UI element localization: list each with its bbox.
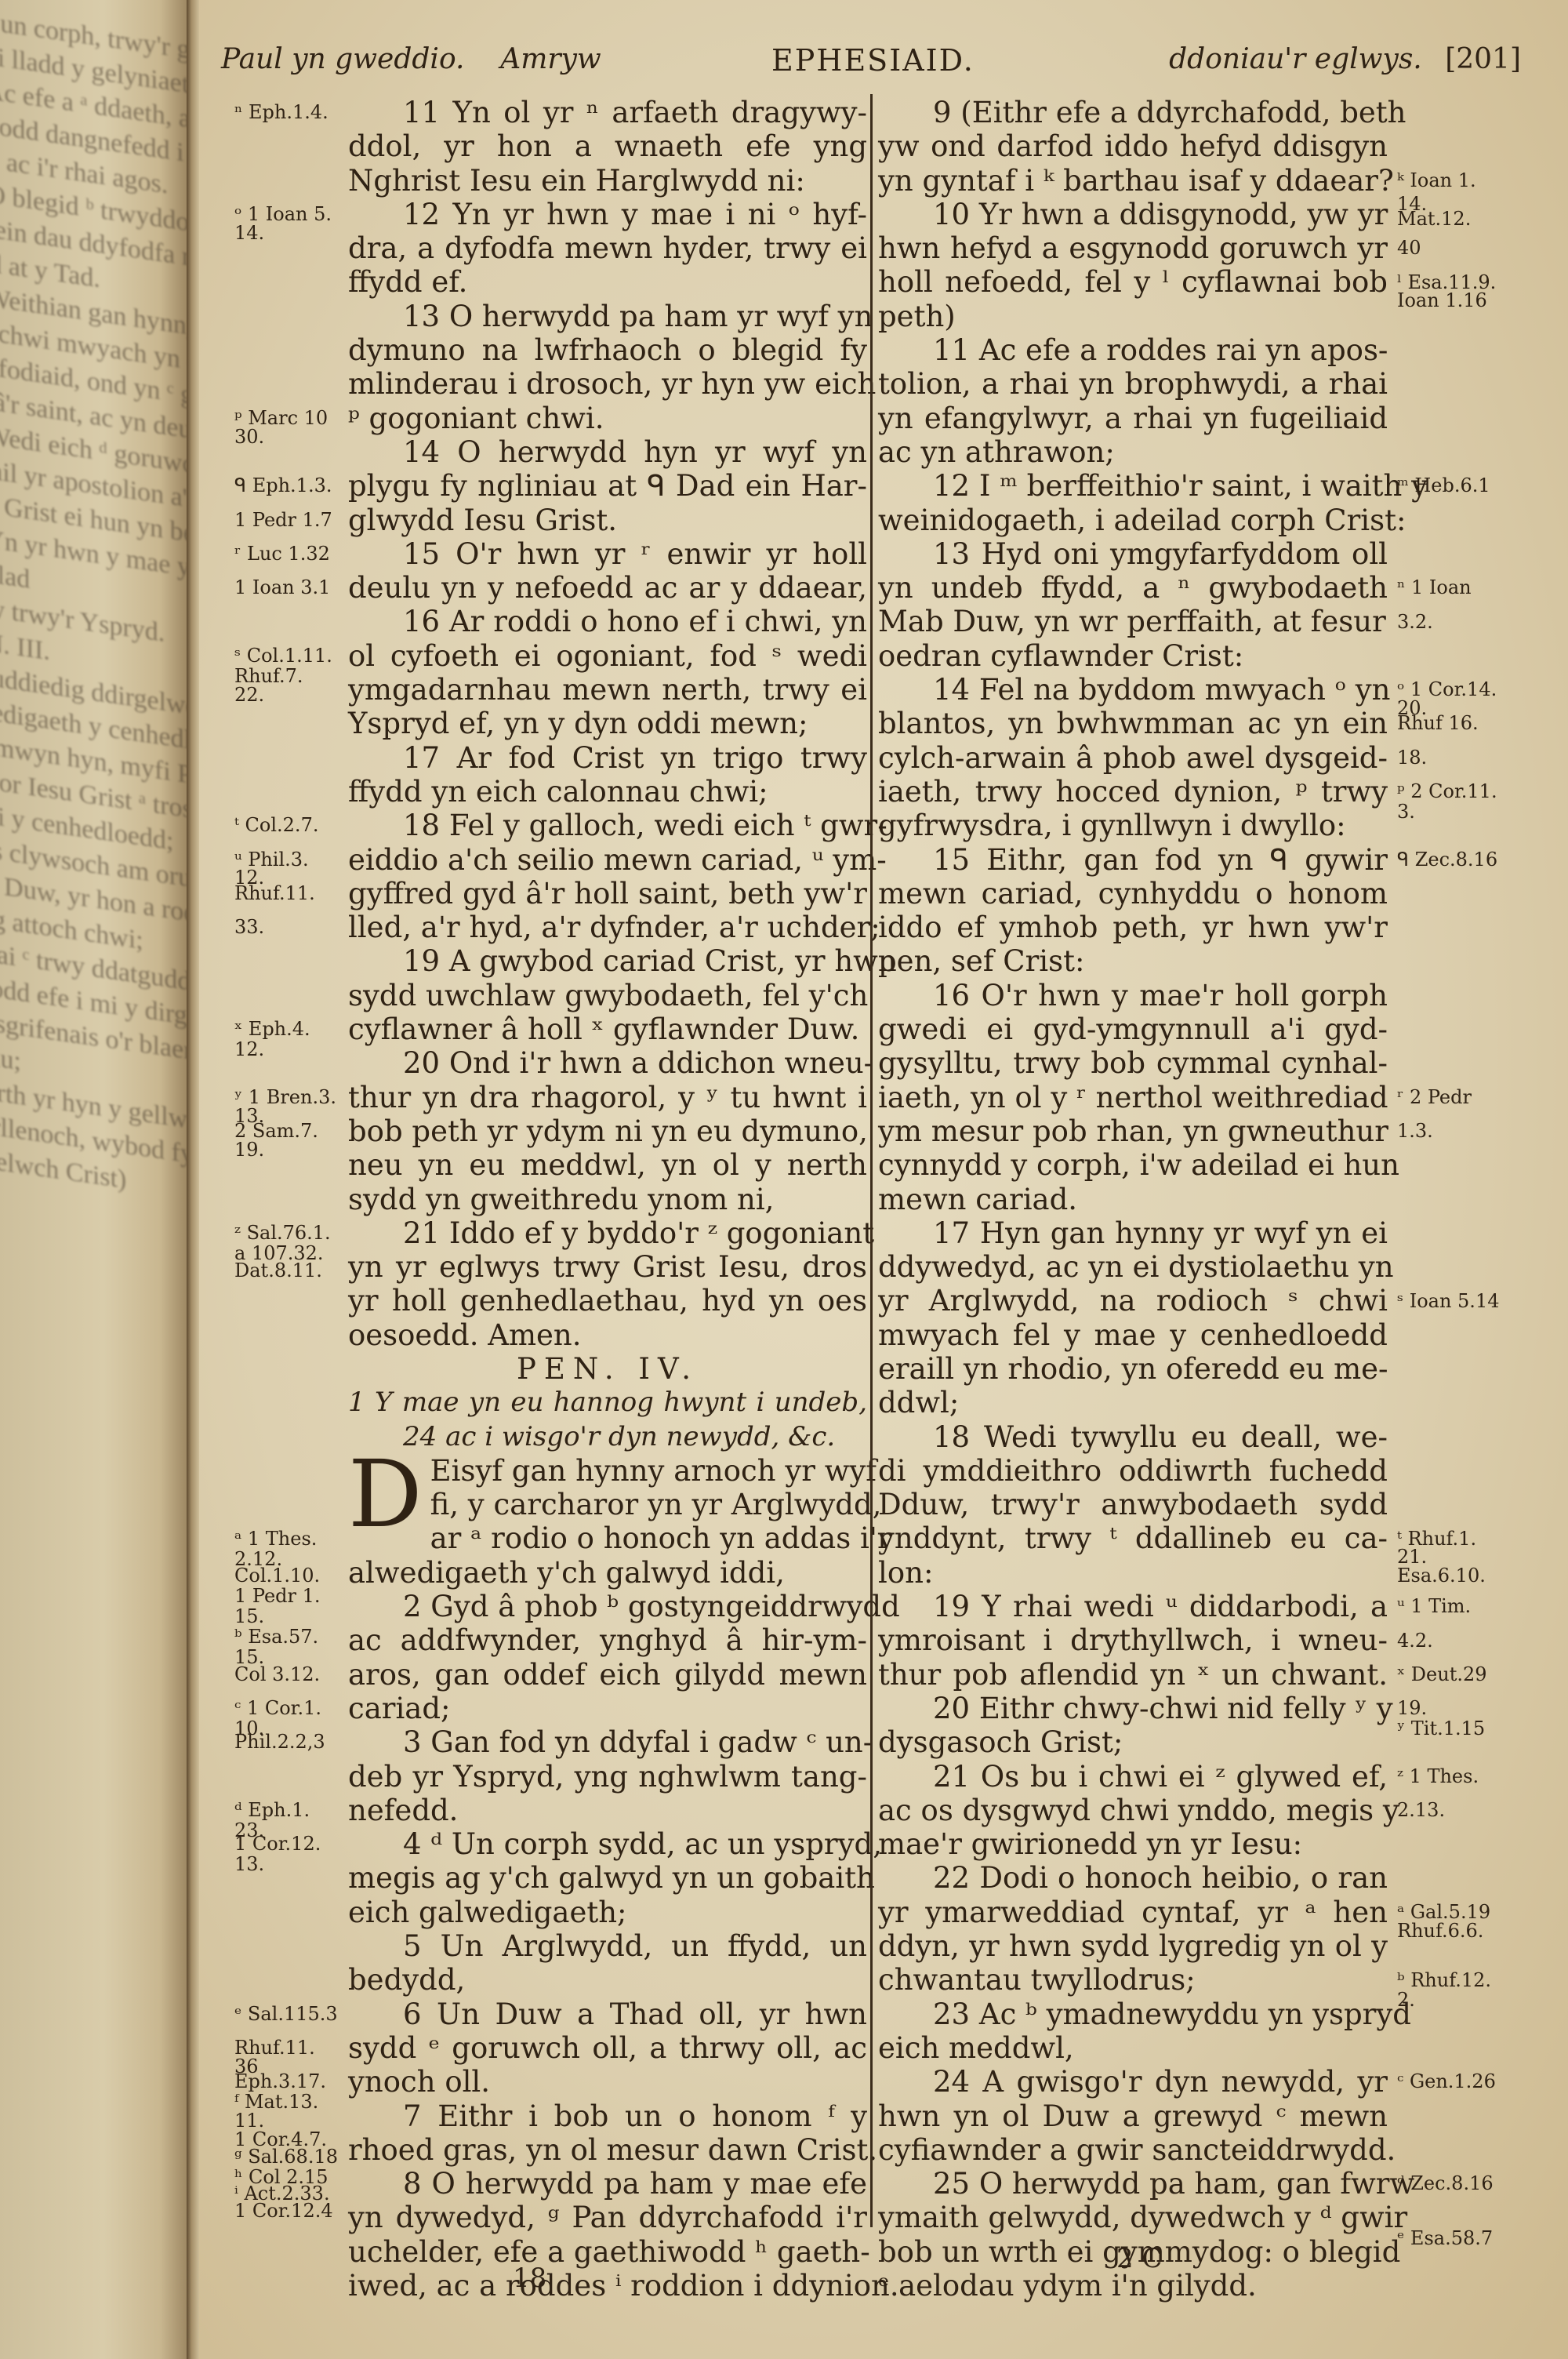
text-line: 11 Ac efe a roddes rai yn apos- <box>878 333 1388 367</box>
margin-reference: ᵃ Gal.5.19 <box>1397 1903 1490 1921</box>
text-line: 2 Gyd â phob ᵇ gostyngeiddrwydd <box>348 1590 867 1623</box>
margin-reference: ʸ 1 Bren.3. <box>234 1089 336 1106</box>
margin-reference: 1 Cor.12.4 <box>234 2202 333 2219</box>
book-title: EPHESIAID. <box>771 43 975 82</box>
margin-reference: ˡ Esa.11.9. <box>1397 274 1496 291</box>
text-line: yn undeb ffydd, a ⁿ gwybodaeth <box>878 571 1388 605</box>
text-line: peth) <box>878 300 1388 333</box>
text-line: 17 Ar fod Crist yn trigo trwy <box>348 741 867 775</box>
text-line: yr ymarweddiad cyntaf, yr ᵃ hen <box>878 1896 1388 1929</box>
margin-reference: 1 Ioan 3.1 <box>234 579 330 596</box>
margin-reference: Col.1.10. <box>234 1567 320 1584</box>
margin-reference: Col 3.12. <box>234 1666 320 1683</box>
running-title-left-2: Amryw <box>500 43 601 75</box>
margin-reference: ᵗ Col.2.7. <box>234 816 318 834</box>
text-line: Eisyf gan hynny arnoch yr wyf <box>348 1454 867 1488</box>
margin-reference: ᵒ 1 Cor.14. <box>1397 681 1497 698</box>
text-line: 1 Y mae yn eu hannog hwynt i undeb, <box>348 1386 867 1419</box>
text-line: ac yn athrawon; <box>878 435 1388 469</box>
text-line: 10 Yr hwn a ddisgynodd, yw yr <box>878 198 1388 231</box>
margin-reference: 19. <box>234 1141 264 1158</box>
text-line: 16 O'r hwn y mae'r holl gorph <box>878 979 1388 1012</box>
text-line: cynnydd y corph, i'w adeilad ei hun <box>878 1148 1388 1182</box>
margin-reference: ᑫ Eph.1.3. <box>234 477 332 494</box>
text-line: yn efangylwyr, a rhai yn fugeiliaid <box>878 402 1388 435</box>
margin-reference: 3. <box>1397 803 1415 820</box>
text-line: ymgadarnhau mewn nerth, trwy ei <box>348 673 867 707</box>
text-line: ac os dysgwyd chwi ynddo, megis y <box>878 1794 1388 1827</box>
text-line: megis ag y'ch galwyd yn un gobaith <box>348 1861 867 1895</box>
signature-mark-right: 2 C <box>1116 2243 1162 2274</box>
text-line: yr holl genhedlaethau, hyd yn oes <box>348 1284 867 1318</box>
text-line: iwed, ac a roddes ⁱ roddion i ddynion. <box>348 2269 867 2303</box>
text-line: ffydd yn eich calonnau chwi; <box>348 775 867 809</box>
margin-reference: ᑫ Zec.8.16 <box>1397 851 1497 868</box>
text-line: ffydd ef. <box>348 265 867 299</box>
margin-reference: 3.2. <box>1397 613 1433 631</box>
text-line: 18 Fel y galloch, wedi eich ᵗ gwr- <box>348 809 867 842</box>
margin-reference: ʸ Tit.1.15 <box>1397 1720 1485 1737</box>
text-line: 20 Ond i'r hwn a ddichon wneu- <box>348 1046 867 1080</box>
text-column-left: 11 Yn ol yr ⁿ arfaeth dragywy-ddol, yr h… <box>348 96 867 2303</box>
text-line: PEN. IV. <box>348 1352 867 1386</box>
margin-reference: Rhuf.6.6. <box>1397 1922 1483 1939</box>
text-line: ymroisant i drythyllwch, i wneu- <box>878 1623 1388 1657</box>
text-line: mwyach fel y mae y cenhedloedd <box>878 1318 1388 1352</box>
text-line: eich galwedigaeth; <box>348 1896 867 1929</box>
margin-reference: Rhuf.11. <box>234 2039 315 2056</box>
text-line: Mab Duw, yn wr perffaith, at fesur <box>878 605 1388 638</box>
margin-reference: ˣ Deut.29 <box>1397 1666 1487 1683</box>
text-line: Dduw, trwy'r anwybodaeth sydd <box>878 1488 1388 1521</box>
text-line: blantos, yn bwhwmman ac yn ein <box>878 707 1388 740</box>
text-line: 12 I ᵐ berffeithio'r saint, i waith y <box>878 469 1388 503</box>
text-column-right: 9 (Eithr efe a ddyrchafodd, bethyw ond d… <box>878 96 1388 2303</box>
text-line: ddyn, yr hwn sydd lygredig yn ol y <box>878 1929 1388 1963</box>
margin-reference: ᶠ Mat.13. <box>234 2093 318 2110</box>
margin-reference: 1 Pedr 1. <box>234 1587 321 1605</box>
margin-reference: 2. <box>1397 1991 1415 2008</box>
text-line: cariad; <box>348 1692 867 1725</box>
margin-reference: 11. <box>234 2112 264 2129</box>
margin-reference: ᶻ 1 Thes. <box>1397 1768 1479 1785</box>
signature-mark-left: 18 <box>513 2263 546 2294</box>
text-line: 7 Eithr i bob un o honom ᶠ y <box>348 2099 867 2133</box>
text-line: deulu yn y nefoedd ac ar y ddaear, <box>348 571 867 605</box>
text-line: sydd uwchlaw gwybodaeth, fel y'ch <box>348 979 867 1012</box>
text-line: 24 A gwisgo'r dyn newydd, yr <box>878 2065 1388 2099</box>
text-line: dymuno na lwfrhaoch o blegid fy <box>348 333 867 367</box>
page-number: [201] <box>1445 43 1521 75</box>
margin-reference: 18. <box>1397 749 1427 766</box>
text-line: cyfiawnder a gwir sancteiddrwydd. <box>878 2133 1388 2167</box>
margin-reference: ᶜ Gen.1.26 <box>1397 2073 1496 2090</box>
text-line: 20 Eithr chwy-chwi nid felly ʸ y <box>878 1692 1388 1725</box>
text-line: Yspryd ef, yn y dyn oddi mewn; <box>348 707 867 740</box>
text-line: mewn cariad. <box>878 1183 1388 1216</box>
text-line: cylch-arwain â phob awel dysgeid- <box>878 741 1388 775</box>
text-line: yw ond darfod iddo hefyd ddisgyn <box>878 129 1388 163</box>
margin-reference: ˢ Ioan 5.14 <box>1397 1292 1499 1310</box>
text-line: 19 Y rhai wedi ᵘ diddarbodi, a <box>878 1590 1388 1623</box>
margin-reference: Rhuf 16. <box>1397 714 1479 732</box>
text-line: eraill yn rhodio, yn oferedd eu me- <box>878 1352 1388 1386</box>
margin-reference: Ioan 1.16 <box>1397 292 1487 309</box>
margin-reference: Mat.12. <box>1397 210 1471 227</box>
margin-reference: Dat.8.11. <box>234 1262 322 1279</box>
text-line: ddywedyd, ac yn ei dystiolaethu yn <box>878 1250 1388 1284</box>
text-line: 17 Hyn gan hynny yr wyf yn ei <box>878 1216 1388 1250</box>
text-line: cyflawner â holl ˣ gyflawnder Duw. <box>348 1012 867 1046</box>
margin-reference: 19. <box>1397 1699 1427 1717</box>
margin-reference: ᵈ Zec.8.16 <box>1397 2175 1494 2192</box>
margin-reference: ᵒ 1 Ioan 5. <box>234 205 332 223</box>
margin-reference: ᵉ Sal.115.3 <box>234 2005 338 2023</box>
text-line: oesoedd. Amen. <box>348 1318 867 1352</box>
text-line: 18 Wedi tywyllu eu deall, we- <box>878 1420 1388 1454</box>
text-line: mae'r gwirionedd yn yr Iesu: <box>878 1827 1388 1861</box>
text-line: 14 O herwydd hyn yr wyf yn <box>348 435 867 469</box>
text-line: Nghrist Iesu ein Harglwydd ni: <box>348 164 867 198</box>
facing-page-edge: yn ᶻ un corph, trwy'r groes,wedi lladd y… <box>0 0 188 2359</box>
text-line: deb yr Yspryd, yng nghwlwm tang- <box>348 1760 867 1794</box>
text-line: ar ᵃ rodio o honoch yn addas i'r <box>348 1521 867 1555</box>
text-line: 6 Un Duw a Thad oll, yr hwn <box>348 1997 867 2031</box>
margin-reference: ᵗ Rhuf.1. <box>1397 1530 1476 1547</box>
text-line: 13 Hyd oni ymgyfarfyddom oll <box>878 537 1388 571</box>
text-line: 15 O'r hwn yr ʳ enwir yr holl <box>348 537 867 571</box>
text-line: 15 Eithr, gan fod yn ᑫ gywir <box>878 843 1388 877</box>
margin-reference: 2.13. <box>1397 1801 1445 1819</box>
text-line: 12 Yn yr hwn y mae i ni ᵒ hyf- <box>348 198 867 231</box>
margin-reference: ˢ Col.1.11. <box>234 647 332 664</box>
margin-reference: ᵘ 1 Tim. <box>1397 1598 1471 1615</box>
text-line: iaeth, trwy hocced dynion, ᵖ trwy <box>878 775 1388 809</box>
running-title-left: Paul yn gweddio. <box>221 43 464 75</box>
text-line: gyffred gyd â'r holl saint, beth yw'r <box>348 877 867 911</box>
text-line: thur pob aflendid yn ˣ un chwant. <box>878 1658 1388 1692</box>
text-line: oedran cyflawnder Crist: <box>878 639 1388 673</box>
margin-reference: ⁿ Eph.1.4. <box>234 104 328 121</box>
margin-reference: 21. <box>1397 1548 1427 1565</box>
text-line: ol cyfoeth ei ogoniant, fod ˢ wedi <box>348 639 867 673</box>
text-line: dra, a dyfodfa mewn hyder, trwy ei <box>348 231 867 265</box>
text-line: ynoch oll. <box>348 2065 867 2099</box>
margin-reference: 30. <box>234 428 264 445</box>
text-line: hwn yn ol Duw a grewyd ᶜ mewn <box>878 2099 1388 2133</box>
text-line: 21 Os bu i chwi ei ᶻ glywed ef, <box>878 1760 1388 1794</box>
text-line: 5 Un Arglwydd, un ffydd, un <box>348 1929 867 1963</box>
running-head-right: ddoniau'r eglwys. [201] <box>1169 43 1521 82</box>
margin-reference: ᵈ Eph.1. <box>234 1801 310 1819</box>
text-line: uchelder, efe a gaethiwodd ʰ gaeth- <box>348 2235 867 2269</box>
margin-reference: ʳ Luc 1.32 <box>234 545 330 562</box>
text-line: nefedd. <box>348 1794 867 1827</box>
drop-cap: D <box>348 1459 423 1529</box>
text-line: 19 A gwybod cariad Crist, yr hwn <box>348 944 867 978</box>
text-line: weinidogaeth, i adeilad corph Crist: <box>878 503 1388 537</box>
margin-reference: 33. <box>234 918 264 936</box>
margin-reference: ᵐ Heb.6.1 <box>1397 477 1490 494</box>
text-line: 24 ac i wisgo'r dyn newydd, &c. <box>348 1420 867 1454</box>
text-line: sydd yn gweithredu ynom ni, <box>348 1183 867 1216</box>
text-line: 16 Ar roddi o hono ef i chwi, yn <box>348 605 867 638</box>
margin-reference: 14. <box>234 224 264 242</box>
margin-reference: 2 Sam.7. <box>234 1122 318 1140</box>
chapter-opening: DEisyf gan hynny arnoch yr wyffi, y carc… <box>348 1454 867 1522</box>
text-line: iaeth, yn ol y ʳ nerthol weithrediad <box>878 1081 1388 1114</box>
text-line: chwantau twyllodrus; <box>878 1963 1388 1997</box>
text-line: bob peth yr ydym ni yn eu dymuno, <box>348 1114 867 1148</box>
text-line: plygu fy ngliniau at ᑫ Dad ein Har- <box>348 469 867 503</box>
text-line: hwn hefyd a esgynodd goruwch yr <box>878 231 1388 265</box>
book-page: Paul yn gweddio. Amryw EPHESIAID. ddonia… <box>199 0 1568 2359</box>
margin-reference: ᶜ 1 Cor.1. <box>234 1699 321 1717</box>
margin-reference: 12. <box>234 1041 264 1058</box>
text-line: pen, sef Crist: <box>878 944 1388 978</box>
margin-reference: ᵘ Phil.3. <box>234 851 309 868</box>
margin-reference: 13. <box>234 1856 264 1873</box>
text-line: tolion, a rhai yn brophwydi, a rhai <box>878 367 1388 401</box>
text-line: 14 Fel na byddom mwyach ᵒ yn <box>878 673 1388 707</box>
text-line: 22 Dodi o honoch heibio, o ran <box>878 1861 1388 1895</box>
text-line: 4 ᵈ Un corph sydd, ac un yspryd, <box>348 1827 867 1861</box>
margin-reference: ʳ 2 Pedr <box>1397 1089 1472 1106</box>
text-line: 9 (Eithr efe a ddyrchafodd, beth <box>878 96 1388 129</box>
text-line: holl nefoedd, fel y ˡ cyflawnai bob <box>878 265 1388 299</box>
text-line: iddo ef ymhob peth, yr hwn yw'r <box>878 911 1388 944</box>
margin-reference: ᵃ 1 Thes. <box>234 1530 317 1547</box>
book-gutter <box>187 0 199 2359</box>
text-line: dysgasoch Grist; <box>878 1725 1388 1759</box>
margin-reference: ᵍ Sal.68.18 <box>234 2148 338 2165</box>
text-line: fi, y carcharor yn yr Arglwydd, <box>348 1488 867 1521</box>
text-line: yn yr eglwys trwy Grist Iesu, dros <box>348 1250 867 1284</box>
text-line: lled, a'r hyd, a'r dyfnder, a'r uchder; <box>348 911 867 944</box>
running-head-left: Paul yn gweddio. Amryw <box>221 43 601 82</box>
margin-reference: ˣ Eph.4. <box>234 1020 310 1038</box>
facing-page-text: yn ᶻ un corph, trwy'r groes,wedi lladd y… <box>0 0 188 1206</box>
margin-reference: ᵇ Esa.57. <box>234 1628 318 1645</box>
text-line: gysylltu, trwy bob cymmal cynhal- <box>878 1046 1388 1080</box>
margin-reference: 40 <box>1397 239 1421 256</box>
margin-reference: ᵉ Esa.58.7 <box>1397 2230 1493 2247</box>
text-line: 13 O herwydd pa ham yr wyf yn <box>348 300 867 333</box>
text-line: rhoed gras, yn ol mesur dawn Crist. <box>348 2133 867 2167</box>
margin-reference: Rhuf.7. <box>234 667 303 685</box>
text-line: bedydd, <box>348 1963 867 1997</box>
margin-reference: Esa.6.10. <box>1397 1567 1486 1584</box>
margin-reference: 22. <box>234 686 264 703</box>
text-line: thur yn dra rhagorol, y ʸ tu hwnt i <box>348 1081 867 1114</box>
text-line: 23 Ac ᵇ ymadnewyddu yn yspryd <box>878 1997 1388 2031</box>
text-line: mlinderau i drosoch, yr hyn yw eich <box>348 367 867 401</box>
margin-reference: 1.3. <box>1397 1122 1433 1140</box>
margin-reference: ᵖ Marc 10 <box>234 409 328 427</box>
text-line: ym mesur pob rhan, yn gwneuthur <box>878 1114 1388 1148</box>
margin-reference: 1 Cor.12. <box>234 1835 321 1852</box>
text-line: ddwl; <box>878 1386 1388 1419</box>
text-line: 8 O herwydd pa ham y mae efe <box>348 2167 867 2201</box>
margin-reference: ᵖ 2 Cor.11. <box>1397 783 1497 800</box>
text-line: di ymddieithro oddiwrth fuchedd <box>878 1454 1388 1488</box>
margin-reference: Rhuf.11. <box>234 885 315 902</box>
text-line: neu yn eu meddwl, yn ol y nerth <box>348 1148 867 1182</box>
margin-reference: 1 Pedr 1.7 <box>234 511 332 529</box>
text-line: sydd ᵉ goruwch oll, a thrwy oll, ac <box>348 2031 867 2065</box>
margin-reference: ᶻ Sal.76.1. <box>234 1224 331 1241</box>
text-line: gyfrwysdra, i gynllwyn i dwyllo: <box>878 809 1388 842</box>
text-line: yr Arglwydd, na rodioch ˢ chwi <box>878 1284 1388 1318</box>
text-line: mewn cariad, cynhyddu o honom <box>878 877 1388 911</box>
text-line: 11 Yn ol yr ⁿ arfaeth dragywy- <box>348 96 867 129</box>
running-title-right: ddoniau'r eglwys. <box>1169 43 1422 75</box>
margin-reference: ⁿ 1 Ioan <box>1397 579 1472 596</box>
text-line: yn dywedyd, ᵍ Pan ddyrchafodd i'r <box>348 2201 867 2234</box>
text-line: 21 Iddo ef y byddo'r ᶻ gogoniant <box>348 1216 867 1250</box>
text-line: gwedi ei gyd-ymgynnull a'i gyd- <box>878 1012 1388 1046</box>
margin-reference: ᵇ Rhuf.12. <box>1397 1972 1491 1989</box>
text-line: ddol, yr hon a wnaeth efe yng <box>348 129 867 163</box>
margin-reference: 4.2. <box>1397 1632 1433 1649</box>
column-rule <box>870 94 873 2227</box>
margin-reference: Phil.2.2,3 <box>234 1733 325 1750</box>
text-line: alwedigaeth y'ch galwyd iddi, <box>348 1556 867 1590</box>
text-line: ymaith gelwydd, dywedwch y ᵈ gwir <box>878 2201 1388 2234</box>
margin-reference: 15. <box>234 1608 264 1625</box>
text-line: eiddio a'ch seilio mewn cariad, ᵘ ym- <box>348 843 867 877</box>
text-line: ynddynt, trwy ᵗ ddallineb eu ca- <box>878 1521 1388 1555</box>
text-line: 25 O herwydd pa ham, gan fwrw <box>878 2167 1388 2201</box>
text-line: aros, gan oddef eich gilydd mewn <box>348 1658 867 1692</box>
text-line: ac addfwynder, ynghyd â hir-ym- <box>348 1623 867 1657</box>
text-line: glwydd Iesu Grist. <box>348 503 867 537</box>
text-line: ᵖ gogoniant chwi. <box>348 402 867 435</box>
margin-reference: ᵏ Ioan 1. <box>1397 172 1476 189</box>
text-line: lon: <box>878 1556 1388 1590</box>
text-line: 3 Gan fod yn ddyfal i gadw ᶜ un- <box>348 1725 867 1759</box>
text-line: yn gyntaf i ᵏ barthau isaf y ddaear? <box>878 164 1388 198</box>
margin-reference: Eph.3.17. <box>234 2073 326 2090</box>
text-line: eich meddwl, <box>878 2031 1388 2065</box>
